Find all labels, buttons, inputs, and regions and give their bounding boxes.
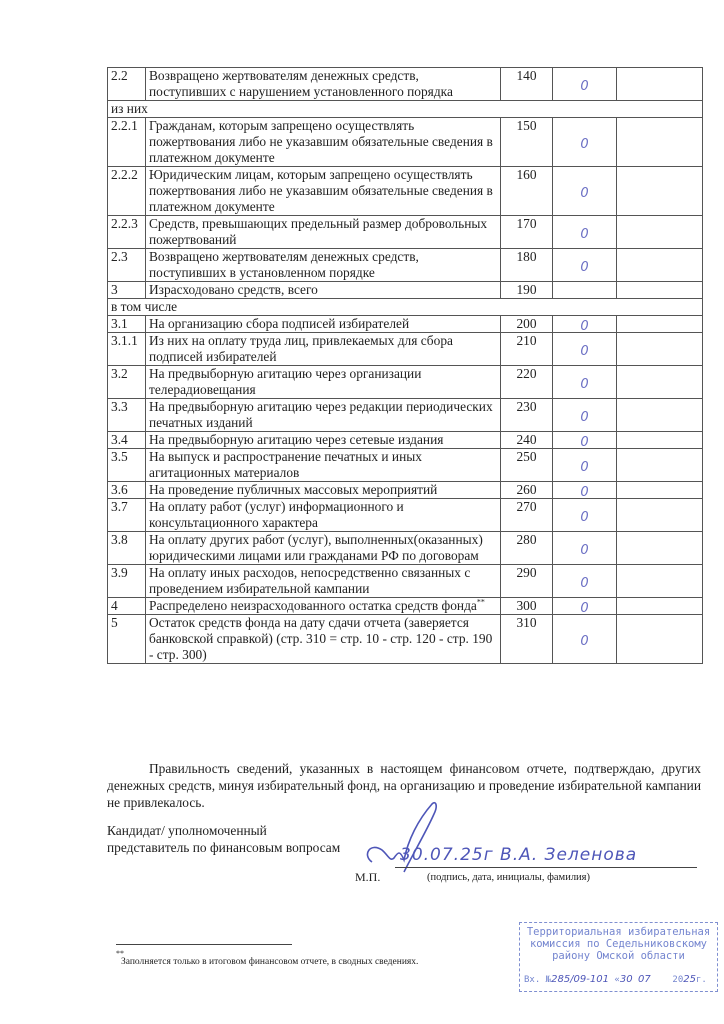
row-label: Израсходовано средств, всего — [146, 282, 501, 299]
row-code: 300 — [501, 598, 553, 615]
row-number: 3.8 — [108, 532, 146, 565]
row-number: 3 — [108, 282, 146, 299]
row-value-cell: 0 — [553, 565, 617, 598]
row-label-text: На оплату других работ (услуг), выполнен… — [149, 532, 483, 563]
signature-scribble-icon — [360, 800, 450, 880]
table-row: 2.2Возвращено жертвователям денежных сре… — [108, 68, 703, 101]
row-code: 150 — [501, 118, 553, 167]
row-extra-cell — [617, 167, 703, 216]
row-label-text: На предвыборную агитацию через организац… — [149, 366, 421, 397]
stamp-line3: району Омской области — [520, 950, 717, 962]
row-number: 3.4 — [108, 432, 146, 449]
year-prefix: 20 — [672, 975, 683, 985]
table-row: 3.3На предвыборную агитацию через редакц… — [108, 399, 703, 432]
table-row: 2.2.1Гражданам, которым запрещено осущес… — [108, 118, 703, 167]
row-label-text: На организацию сбора подписей избирателе… — [149, 316, 409, 331]
row-code: 240 — [501, 432, 553, 449]
handwritten-signature-text: 30.07.25г В.А. Зеленова — [400, 845, 637, 865]
year-suffix: г. — [696, 975, 707, 985]
row-label: На оплату иных расходов, непосредственно… — [146, 565, 501, 598]
row-code: 190 — [501, 282, 553, 299]
row-number: 2.2.2 — [108, 167, 146, 216]
commission-stamp: Территориальная избирательная комиссия п… — [519, 922, 718, 992]
table-row: 3.6На проведение публичных массовых меро… — [108, 482, 703, 499]
row-number: 3.1 — [108, 316, 146, 333]
row-label-text: На проведение публичных массовых меропри… — [149, 482, 437, 497]
row-label: На оплату других работ (услуг), выполнен… — [146, 532, 501, 565]
row-value-cell: 0 — [553, 118, 617, 167]
footnote-text: Заполняется только в итоговом финансовом… — [121, 957, 418, 967]
signature-line — [395, 867, 697, 868]
row-label: Возвращено жертвователям денежных средст… — [146, 249, 501, 282]
table-row: 5Остаток средств фонда на дату сдачи отч… — [108, 615, 703, 664]
table-row: 2.2.3Средств, превышающих предельный раз… — [108, 216, 703, 249]
row-value-cell: 0 — [553, 249, 617, 282]
row-value-cell: 0 — [553, 316, 617, 333]
row-label: На предвыборную агитацию через редакции … — [146, 399, 501, 432]
row-value-cell: 0 — [553, 68, 617, 101]
row-value-cell: 0 — [553, 366, 617, 399]
row-label-text: Средств, превышающих предельный размер д… — [149, 216, 487, 247]
row-extra-cell — [617, 249, 703, 282]
handwritten-value: 0 — [553, 544, 616, 558]
row-value-cell: 0 — [553, 532, 617, 565]
row-code: 250 — [501, 449, 553, 482]
handwritten-value: 0 — [553, 228, 616, 242]
row-number: 4 — [108, 598, 146, 615]
row-value-cell: 0 — [553, 167, 617, 216]
row-number: 3.7 — [108, 499, 146, 532]
handwritten-value: 0 — [553, 635, 616, 649]
row-code: 160 — [501, 167, 553, 216]
signature-caption: (подпись, дата, инициалы, фамилия) — [427, 872, 590, 883]
table-subheader-row: в том числе — [108, 299, 703, 316]
row-code: 290 — [501, 565, 553, 598]
row-number: 3.1.1 — [108, 333, 146, 366]
row-code: 310 — [501, 615, 553, 664]
subheader-label: из них — [108, 101, 703, 118]
signer-role-line1: Кандидат/ уполномоченный — [107, 822, 340, 839]
row-extra-cell — [617, 615, 703, 664]
signer-role: Кандидат/ уполномоченный представитель п… — [107, 822, 340, 856]
row-extra-cell — [617, 449, 703, 482]
table-row: 3.8На оплату других работ (услуг), выпол… — [108, 532, 703, 565]
row-label-text: Израсходовано средств, всего — [149, 282, 318, 297]
stamp-registration: Вх. №285/09-101 «30 07 2025г. — [524, 974, 707, 986]
table-row: 3.4На предвыборную агитацию через сетевы… — [108, 432, 703, 449]
row-extra-cell — [617, 598, 703, 615]
row-label-text: Гражданам, которым запрещено осуществлят… — [149, 118, 493, 165]
reg-prefix: Вх. № — [524, 975, 551, 985]
handwritten-value: 0 — [553, 80, 616, 94]
year: 25 — [683, 974, 696, 985]
stamp-line1: Территориальная избирательная — [520, 926, 717, 938]
table-subheader-row: из них — [108, 101, 703, 118]
row-label: Гражданам, которым запрещено осуществлят… — [146, 118, 501, 167]
row-extra-cell — [617, 499, 703, 532]
row-number: 2.3 — [108, 249, 146, 282]
handwritten-value: 0 — [553, 378, 616, 392]
row-value-cell: 0 — [553, 216, 617, 249]
row-number: 2.2.3 — [108, 216, 146, 249]
row-number: 2.2 — [108, 68, 146, 101]
handwritten-value: 0 — [553, 261, 616, 275]
row-extra-cell — [617, 482, 703, 499]
row-label-text: Остаток средств фонда на дату сдачи отче… — [149, 615, 492, 662]
row-code: 180 — [501, 249, 553, 282]
date-month: 07 — [638, 974, 651, 985]
row-label-text: Из них на оплату труда лиц, привлекаемых… — [149, 333, 453, 364]
row-code: 280 — [501, 532, 553, 565]
row-number: 3.9 — [108, 565, 146, 598]
row-value-cell: 0 — [553, 449, 617, 482]
row-label: Средств, превышающих предельный размер д… — [146, 216, 501, 249]
row-value-cell: 0 — [553, 399, 617, 432]
stamp-place-label: М.П. — [355, 870, 380, 885]
table-row: 3.7На оплату работ (услуг) информационно… — [108, 499, 703, 532]
table-row: 3.2На предвыборную агитацию через органи… — [108, 366, 703, 399]
row-label-text: Возвращено жертвователям денежных средст… — [149, 249, 419, 280]
row-label: Распределено неизрасходованного остатка … — [146, 598, 501, 615]
row-value-cell: 0 — [553, 598, 617, 615]
row-extra-cell — [617, 118, 703, 167]
row-label: На организацию сбора подписей избирателе… — [146, 316, 501, 333]
row-label: На проведение публичных массовых меропри… — [146, 482, 501, 499]
row-code: 210 — [501, 333, 553, 366]
financial-report-table: 2.2Возвращено жертвователям денежных сре… — [107, 67, 703, 664]
row-extra-cell — [617, 565, 703, 598]
footnote-divider — [116, 944, 292, 945]
row-extra-cell — [617, 399, 703, 432]
table-row: 2.2.2Юридическим лицам, которым запрещен… — [108, 167, 703, 216]
row-extra-cell — [617, 282, 703, 299]
row-label-text: Возвращено жертвователям денежных средст… — [149, 68, 453, 99]
handwritten-value: 0 — [553, 461, 616, 475]
row-value-cell — [553, 282, 617, 299]
date-day: 30 — [620, 974, 633, 985]
row-code: 230 — [501, 399, 553, 432]
row-value-cell: 0 — [553, 432, 617, 449]
footnote-reference: ** — [477, 598, 485, 607]
row-label: Из них на оплату труда лиц, привлекаемых… — [146, 333, 501, 366]
row-value-cell: 0 — [553, 482, 617, 499]
row-number: 3.5 — [108, 449, 146, 482]
handwritten-value: 0 — [553, 138, 616, 152]
table-row: 3.1На организацию сбора подписей избират… — [108, 316, 703, 333]
signer-role-line2: представитель по финансовым вопросам — [107, 839, 340, 856]
row-extra-cell — [617, 68, 703, 101]
row-number: 2.2.1 — [108, 118, 146, 167]
row-label-text: Юридическим лицам, которым запрещено осу… — [149, 167, 493, 214]
table-row: 3Израсходовано средств, всего190 — [108, 282, 703, 299]
table-row: 4Распределено неизрасходованного остатка… — [108, 598, 703, 615]
row-label-text: На оплату иных расходов, непосредственно… — [149, 565, 470, 596]
row-extra-cell — [617, 216, 703, 249]
row-label: Юридическим лицам, которым запрещено осу… — [146, 167, 501, 216]
row-number: 3.3 — [108, 399, 146, 432]
row-label-text: Распределено неизрасходованного остатка … — [149, 598, 477, 613]
row-code: 170 — [501, 216, 553, 249]
row-code: 260 — [501, 482, 553, 499]
row-extra-cell — [617, 366, 703, 399]
row-label: На предвыборную агитацию через сетевые и… — [146, 432, 501, 449]
row-code: 270 — [501, 499, 553, 532]
handwritten-value: 0 — [553, 511, 616, 525]
row-code: 220 — [501, 366, 553, 399]
row-number: 3.6 — [108, 482, 146, 499]
row-label: На выпуск и распространение печатных и и… — [146, 449, 501, 482]
row-label-text: На предвыборную агитацию через редакции … — [149, 399, 493, 430]
reg-number: 285/09-101 — [551, 974, 609, 985]
handwritten-value: 0 — [553, 345, 616, 359]
row-number: 5 — [108, 615, 146, 664]
row-code: 200 — [501, 316, 553, 333]
row-label: Возвращено жертвователям денежных средст… — [146, 68, 501, 101]
row-label: Остаток средств фонда на дату сдачи отче… — [146, 615, 501, 664]
row-value-cell: 0 — [553, 499, 617, 532]
row-value-cell: 0 — [553, 615, 617, 664]
row-extra-cell — [617, 432, 703, 449]
handwritten-value: 0 — [553, 187, 616, 201]
table-row: 3.5На выпуск и распространение печатных … — [108, 449, 703, 482]
stamp-line2: комиссия по Седельниковскому — [520, 938, 717, 950]
row-extra-cell — [617, 532, 703, 565]
row-label-text: На оплату работ (услуг) информационного … — [149, 499, 404, 530]
row-extra-cell — [617, 316, 703, 333]
row-number: 3.2 — [108, 366, 146, 399]
row-extra-cell — [617, 333, 703, 366]
row-label: На предвыборную агитацию через организац… — [146, 366, 501, 399]
handwritten-value: 0 — [553, 411, 616, 425]
row-label: На оплату работ (услуг) информационного … — [146, 499, 501, 532]
table-row: 2.3Возвращено жертвователям денежных сре… — [108, 249, 703, 282]
row-value-cell: 0 — [553, 333, 617, 366]
row-label-text: На выпуск и распространение печатных и и… — [149, 449, 422, 480]
subheader-label: в том числе — [108, 299, 703, 316]
row-label-text: На предвыборную агитацию через сетевые и… — [149, 432, 443, 447]
table-row: 3.9На оплату иных расходов, непосредстве… — [108, 565, 703, 598]
handwritten-value: 0 — [553, 577, 616, 591]
row-code: 140 — [501, 68, 553, 101]
table-row: 3.1.1Из них на оплату труда лиц, привлек… — [108, 333, 703, 366]
